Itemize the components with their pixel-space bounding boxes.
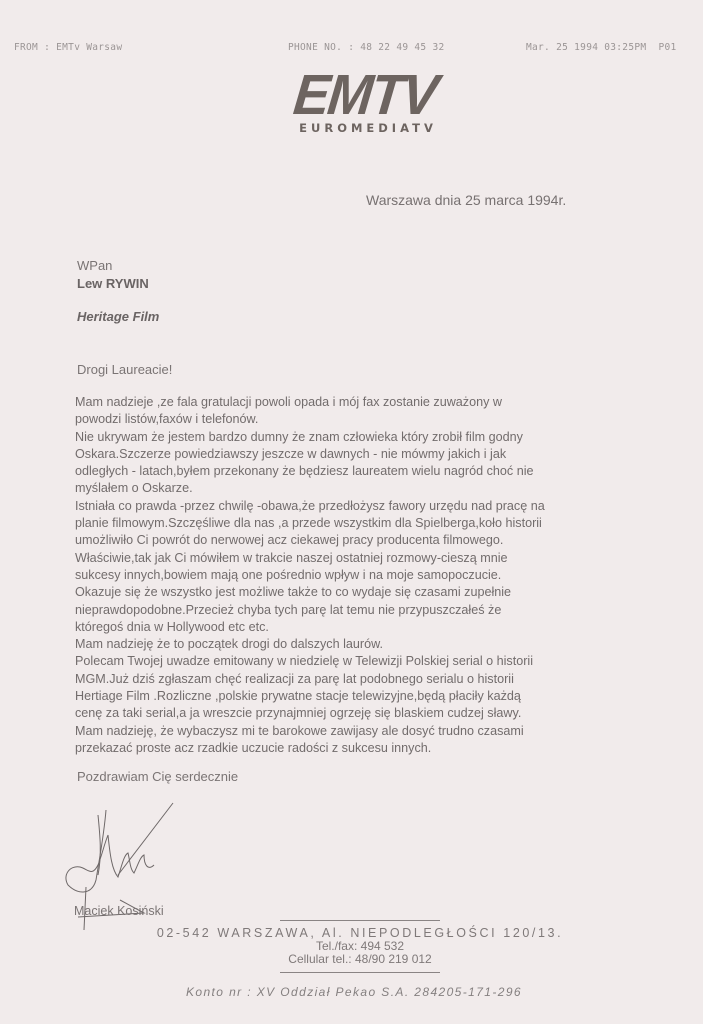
body-line: Oskara.Szczerze powiedziawszy jeszcze w … — [75, 446, 645, 463]
bank-account: Konto nr : XV Oddział Pekao S.A. 284205-… — [186, 985, 522, 999]
company-cellular: Cellular tel.: 48/90 219 012 — [150, 953, 570, 966]
recipient-title: WPan — [77, 257, 149, 275]
body-line: myślałem o Oskarze. — [75, 480, 645, 497]
letter-date: Warszawa dnia 25 marca 1994r. — [366, 192, 566, 208]
body-line: Mam nadzieję że to początek drogi do dal… — [75, 636, 645, 653]
body-line: Mam nadzieje ,ze fala gratulacji powoli … — [75, 394, 645, 411]
fax-page: P01 — [658, 42, 676, 53]
letter-body: Mam nadzieje ,ze fala gratulacji powoli … — [75, 394, 645, 757]
fax-from: FROM : EMTv Warsaw — [14, 42, 122, 53]
body-line: cenę za taki serial,a ja wreszcie przyna… — [75, 705, 645, 722]
body-line: Hertiage Film .Rozliczne ,polskie prywat… — [75, 688, 645, 705]
body-line: przekazać proste acz rzadkie uczucie rad… — [75, 740, 645, 757]
body-line: umożliwiło Ci powrót do nerwowej acz cie… — [75, 532, 645, 549]
logo-wordmark: EMTV — [284, 69, 446, 122]
body-line: nieprawdopodobne.Przecież chyba tych par… — [75, 602, 645, 619]
fax-datetime: Mar. 25 1994 03:25PM P01 — [526, 42, 677, 53]
salutation: Drogi Laureacie! — [77, 362, 172, 377]
body-line: sukcesy innych,bowiem mają one pośrednio… — [75, 567, 645, 584]
closing: Pozdrawiam Cię serdecznie — [77, 769, 238, 784]
letterhead-footer: 02-542 WARSZAWA, Al. NIEPODLEGŁOŚCI 120/… — [150, 920, 570, 973]
body-line: Nie ukrywam że jestem bardzo dumny że zn… — [75, 429, 645, 446]
emtv-logo: EMTV EUROMEDIATV — [287, 70, 443, 135]
recipient-block: WPan Lew RYWIN — [77, 257, 149, 293]
recipient-company: Heritage Film — [77, 309, 159, 324]
body-line: Właściwie,tak jak Ci mówiłem w trakcie n… — [75, 550, 645, 567]
divider — [280, 920, 440, 921]
fax-datetime-text: Mar. 25 1994 03:25PM — [526, 42, 646, 53]
body-line: MGM.Już dziś zgłaszam chęć realizacji za… — [75, 671, 645, 688]
body-line: Polecam Twojej uwadze emitowany w niedzi… — [75, 653, 645, 670]
body-line: Okazuje się że wszystko jest możliwe tak… — [75, 584, 645, 601]
company-address: 02-542 WARSZAWA, Al. NIEPODLEGŁOŚCI 120/… — [150, 926, 570, 940]
signer-name: Maciek Kosiński — [74, 904, 164, 918]
body-line: planie filmowym.Szczęśliwe dla nas ,a pr… — [75, 515, 645, 532]
recipient-name: Lew RYWIN — [77, 275, 149, 293]
divider — [280, 972, 440, 973]
fax-phone: PHONE NO. : 48 22 49 45 32 — [288, 42, 445, 53]
body-line: Mam nadzieję, że wybaczysz mi te barokow… — [75, 723, 645, 740]
body-line: powodzi listów,faxów i telefonów. — [75, 411, 645, 428]
body-line: Istniała co prawda -przez chwilę -obawa,… — [75, 498, 645, 515]
body-line: odległych - latach,byłem przekonany że b… — [75, 463, 645, 480]
body-line: któregoś dnia w Hollywood etc etc. — [75, 619, 645, 636]
